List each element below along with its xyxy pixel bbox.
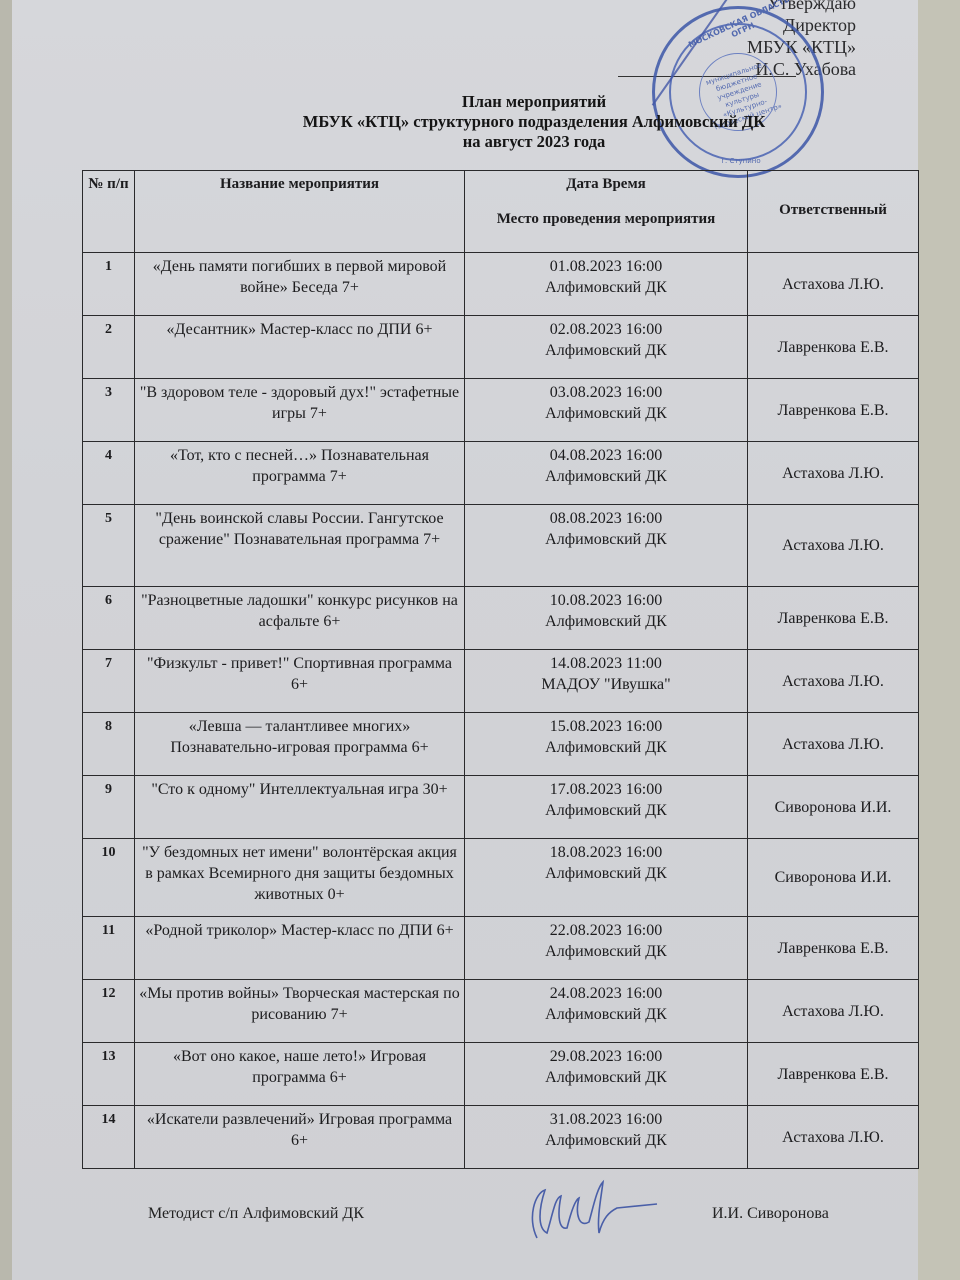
row-num: 7 — [83, 650, 135, 713]
row-date-place: 31.08.2023 16:00Алфимовский ДК — [465, 1106, 748, 1169]
row-responsible: Лавренкова Е.В. — [748, 917, 919, 980]
header-date: Дата Время Место проведения мероприятия — [465, 171, 748, 253]
row-date-place: 08.08.2023 16:00Алфимовский ДК — [465, 505, 748, 587]
row-date-place: 02.08.2023 16:00Алфимовский ДК — [465, 316, 748, 379]
row-num: 1 — [83, 253, 135, 316]
row-datetime: 24.08.2023 16:00 — [469, 983, 743, 1004]
row-num: 6 — [83, 587, 135, 650]
row-num: 4 — [83, 442, 135, 505]
row-datetime: 01.08.2023 16:00 — [469, 256, 743, 277]
table-row: 12«Мы против войны» Творческая мастерска… — [83, 980, 919, 1043]
row-responsible: Сиворонова И.И. — [748, 839, 919, 917]
header-name: Название мероприятия — [135, 171, 465, 253]
row-place: МАДОУ "Ивушка" — [469, 674, 743, 695]
row-responsible: Сиворонова И.И. — [748, 776, 919, 839]
row-event-name: «Мы против войны» Творческая мастерская … — [135, 980, 465, 1043]
row-date-place: 01.08.2023 16:00Алфимовский ДК — [465, 253, 748, 316]
row-date-place: 18.08.2023 16:00Алфимовский ДК — [465, 839, 748, 917]
row-num: 11 — [83, 917, 135, 980]
title-line-2: МБУК «КТЦ» структурного подразделения Ал… — [12, 112, 960, 132]
row-responsible: Лавренкова Е.В. — [748, 379, 919, 442]
events-table: № п/п Название мероприятия Дата Время Ме… — [82, 170, 919, 1169]
row-responsible: Лавренкова Е.В. — [748, 1043, 919, 1106]
background-wall-right — [918, 0, 960, 1280]
table-row: 8«Левша — талантливее многих» Познавател… — [83, 713, 919, 776]
background-wall-left — [0, 0, 12, 1280]
table-row: 4«Тот, кто с песней…» Познавательная про… — [83, 442, 919, 505]
row-place: Алфимовский ДК — [469, 737, 743, 758]
footer-name: И.И. Сиворонова — [712, 1205, 829, 1223]
row-place: Алфимовский ДК — [469, 466, 743, 487]
row-num: 13 — [83, 1043, 135, 1106]
table-row: 14«Искатели развлечений» Игровая програм… — [83, 1106, 919, 1169]
table-row: 5"День воинской славы России. Гангутское… — [83, 505, 919, 587]
row-event-name: «День памяти погибших в первой мировой в… — [135, 253, 465, 316]
row-datetime: 03.08.2023 16:00 — [469, 382, 743, 403]
row-num: 9 — [83, 776, 135, 839]
row-place: Алфимовский ДК — [469, 403, 743, 424]
row-datetime: 10.08.2023 16:00 — [469, 590, 743, 611]
row-datetime: 15.08.2023 16:00 — [469, 716, 743, 737]
row-date-place: 15.08.2023 16:00Алфимовский ДК — [465, 713, 748, 776]
table-row: 3"В здоровом теле - здоровый дух!" эстаф… — [83, 379, 919, 442]
row-date-place: 14.08.2023 11:00МАДОУ "Ивушка" — [465, 650, 748, 713]
row-event-name: "День воинской славы России. Гангутское … — [135, 505, 465, 587]
row-num: 14 — [83, 1106, 135, 1169]
row-place: Алфимовский ДК — [469, 340, 743, 361]
row-datetime: 18.08.2023 16:00 — [469, 842, 743, 863]
row-responsible: Астахова Л.Ю. — [748, 442, 919, 505]
signature-icon — [517, 1178, 667, 1248]
row-responsible: Астахова Л.Ю. — [748, 980, 919, 1043]
row-place: Алфимовский ДК — [469, 800, 743, 821]
row-num: 2 — [83, 316, 135, 379]
table-row: 7"Физкульт - привет!" Спортивная програм… — [83, 650, 919, 713]
table-row: 10"У бездомных нет имени" волонтёрская а… — [83, 839, 919, 917]
row-num: 3 — [83, 379, 135, 442]
row-event-name: «Десантник» Мастер-класс по ДПИ 6+ — [135, 316, 465, 379]
row-event-name: "У бездомных нет имени" волонтёрская акц… — [135, 839, 465, 917]
header-date-line2: Место проведения мероприятия — [469, 209, 743, 230]
table-row: 9"Сто к одному" Интеллектуальная игра 30… — [83, 776, 919, 839]
row-datetime: 22.08.2023 16:00 — [469, 920, 743, 941]
footer-position: Методист с/п Алфимовский ДК — [148, 1205, 364, 1223]
row-event-name: «Левша — талантливее многих» Познаватель… — [135, 713, 465, 776]
row-num: 12 — [83, 980, 135, 1043]
row-place: Алфимовский ДК — [469, 611, 743, 632]
header-date-line1: Дата Время — [566, 176, 646, 192]
row-event-name: "В здоровом теле - здоровый дух!" эстафе… — [135, 379, 465, 442]
row-event-name: "Физкульт - привет!" Спортивная программ… — [135, 650, 465, 713]
table-header-row: № п/п Название мероприятия Дата Время Ме… — [83, 171, 919, 253]
row-responsible: Астахова Л.Ю. — [748, 253, 919, 316]
row-responsible: Астахова Л.Ю. — [748, 1106, 919, 1169]
row-date-place: 03.08.2023 16:00Алфимовский ДК — [465, 379, 748, 442]
row-place: Алфимовский ДК — [469, 1004, 743, 1025]
table-row: 6"Разноцветные ладошки" конкурс рисунков… — [83, 587, 919, 650]
row-place: Алфимовский ДК — [469, 529, 743, 550]
stamp-bottom-text: г. Ступино — [685, 157, 797, 165]
row-num: 5 — [83, 505, 135, 587]
row-event-name: «Родной триколор» Мастер-класс по ДПИ 6+ — [135, 917, 465, 980]
table-row: 1«День памяти погибших в первой мировой … — [83, 253, 919, 316]
row-responsible: Лавренкова Е.В. — [748, 316, 919, 379]
row-place: Алфимовский ДК — [469, 1067, 743, 1088]
row-event-name: "Разноцветные ладошки" конкурс рисунков … — [135, 587, 465, 650]
table-row: 13«Вот оно какое, наше лето!» Игровая пр… — [83, 1043, 919, 1106]
row-datetime: 04.08.2023 16:00 — [469, 445, 743, 466]
row-num: 10 — [83, 839, 135, 917]
row-date-place: 24.08.2023 16:00Алфимовский ДК — [465, 980, 748, 1043]
row-place: Алфимовский ДК — [469, 941, 743, 962]
row-date-place: 17.08.2023 16:00Алфимовский ДК — [465, 776, 748, 839]
row-responsible: Астахова Л.Ю. — [748, 505, 919, 587]
stamp-ring-text: МОСКОВСКАЯ ОБЛАСТЬ ОГРН — [676, 0, 807, 63]
header-responsible: Ответственный — [748, 171, 919, 253]
row-event-name: «Искатели развлечений» Игровая программа… — [135, 1106, 465, 1169]
table-row: 11«Родной триколор» Мастер-класс по ДПИ … — [83, 917, 919, 980]
row-date-place: 29.08.2023 16:00Алфимовский ДК — [465, 1043, 748, 1106]
title-line-3: на август 2023 года — [12, 132, 960, 152]
header-num: № п/п — [83, 171, 135, 253]
row-date-place: 04.08.2023 16:00Алфимовский ДК — [465, 442, 748, 505]
row-event-name: «Тот, кто с песней…» Познавательная прог… — [135, 442, 465, 505]
row-place: Алфимовский ДК — [469, 863, 743, 884]
row-datetime: 14.08.2023 11:00 — [469, 653, 743, 674]
row-date-place: 10.08.2023 16:00Алфимовский ДК — [465, 587, 748, 650]
row-datetime: 29.08.2023 16:00 — [469, 1046, 743, 1067]
row-datetime: 02.08.2023 16:00 — [469, 319, 743, 340]
row-datetime: 17.08.2023 16:00 — [469, 779, 743, 800]
row-datetime: 31.08.2023 16:00 — [469, 1109, 743, 1130]
row-event-name: «Вот оно какое, наше лето!» Игровая прог… — [135, 1043, 465, 1106]
row-responsible: Лавренкова Е.В. — [748, 587, 919, 650]
row-place: Алфимовский ДК — [469, 277, 743, 298]
title-line-1: План мероприятий — [12, 92, 960, 112]
document-title: План мероприятий МБУК «КТЦ» структурного… — [12, 92, 960, 152]
row-date-place: 22.08.2023 16:00Алфимовский ДК — [465, 917, 748, 980]
row-responsible: Астахова Л.Ю. — [748, 650, 919, 713]
row-event-name: "Сто к одному" Интеллектуальная игра 30+ — [135, 776, 465, 839]
row-num: 8 — [83, 713, 135, 776]
table-row: 2«Десантник» Мастер-класс по ДПИ 6+02.08… — [83, 316, 919, 379]
row-place: Алфимовский ДК — [469, 1130, 743, 1151]
row-responsible: Астахова Л.Ю. — [748, 713, 919, 776]
document-page: Утверждаю Директор МБУК «КТЦ» И.С. Ухабо… — [12, 0, 918, 1280]
row-datetime: 08.08.2023 16:00 — [469, 508, 743, 529]
